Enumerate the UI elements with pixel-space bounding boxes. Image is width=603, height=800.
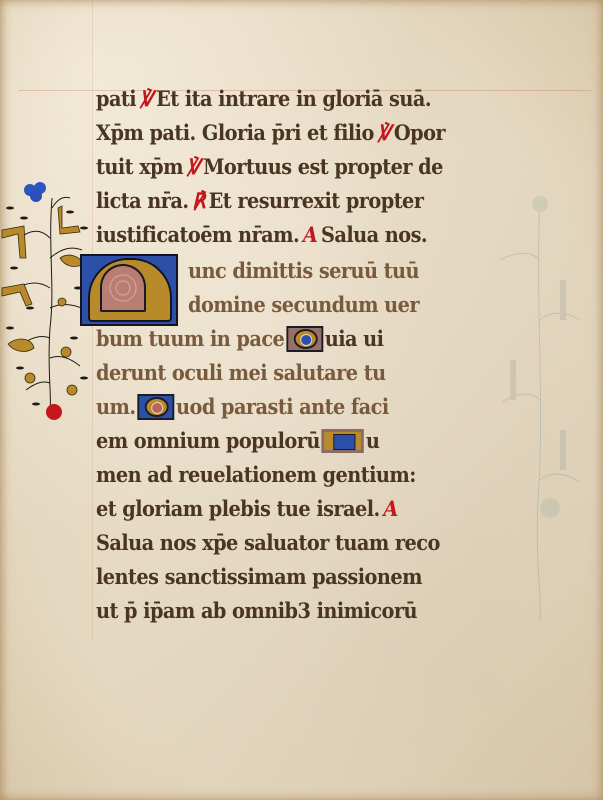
red-berry-icon <box>46 404 62 420</box>
blue-flower-icon <box>24 179 46 202</box>
versicle-mark: ℣ <box>377 120 390 145</box>
manuscript-page: pati℣Et ita intrare in gloriā suā. Xp̄m … <box>0 0 603 800</box>
versicle-mark: ℣ <box>140 86 153 111</box>
text-line-11: em omnium populorūu <box>96 426 379 456</box>
text-line-6: unc dimittis seruū tuū <box>188 256 419 286</box>
illuminated-initial-q <box>137 394 174 420</box>
text-line-8: bum tuum in paceuia ui <box>96 324 383 354</box>
text-line-7: domine secundum uer <box>188 290 419 320</box>
text-line-13: et gloriam plebis tue israel.A <box>96 494 402 524</box>
text-line-3: tuit xp̄m℣Mortuus est propter de <box>96 152 443 182</box>
antiphon-mark: A <box>303 222 317 247</box>
text-line-2: Xp̄m pati. Gloria p̄ri et filio℣Opor <box>96 118 445 148</box>
versicle-mark: ℣ <box>187 154 200 179</box>
text-line-9: derunt oculi mei salutare tu <box>96 358 386 388</box>
text-line-5: iustificatoēm nr̄am.ASalua nos. <box>96 220 427 250</box>
antiphon-mark: A <box>383 496 397 521</box>
illuminated-initial-q <box>286 326 323 352</box>
text-line-16: ut p̄ ip̄am ab omnib3 inimicorū <box>96 596 417 626</box>
text-line-12: men ad reuelationem gentium: <box>96 460 416 490</box>
verso-showthrough <box>490 180 590 620</box>
illuminated-initial-l <box>322 429 364 453</box>
text-line-4: licta nr̄a.℟Et resurrexit propter <box>96 186 423 216</box>
illuminated-initial-n <box>80 254 178 326</box>
response-mark: ℟ <box>192 188 205 213</box>
text-line-14: Salua nos xp̄e saluator tuam reco <box>96 528 440 558</box>
text-line-1: pati℣Et ita intrare in gloriā suā. <box>96 84 431 114</box>
text-line-10: um.uod parasti ante faci <box>96 392 389 422</box>
text-line-15: lentes sanctissimam passionem <box>96 562 422 592</box>
